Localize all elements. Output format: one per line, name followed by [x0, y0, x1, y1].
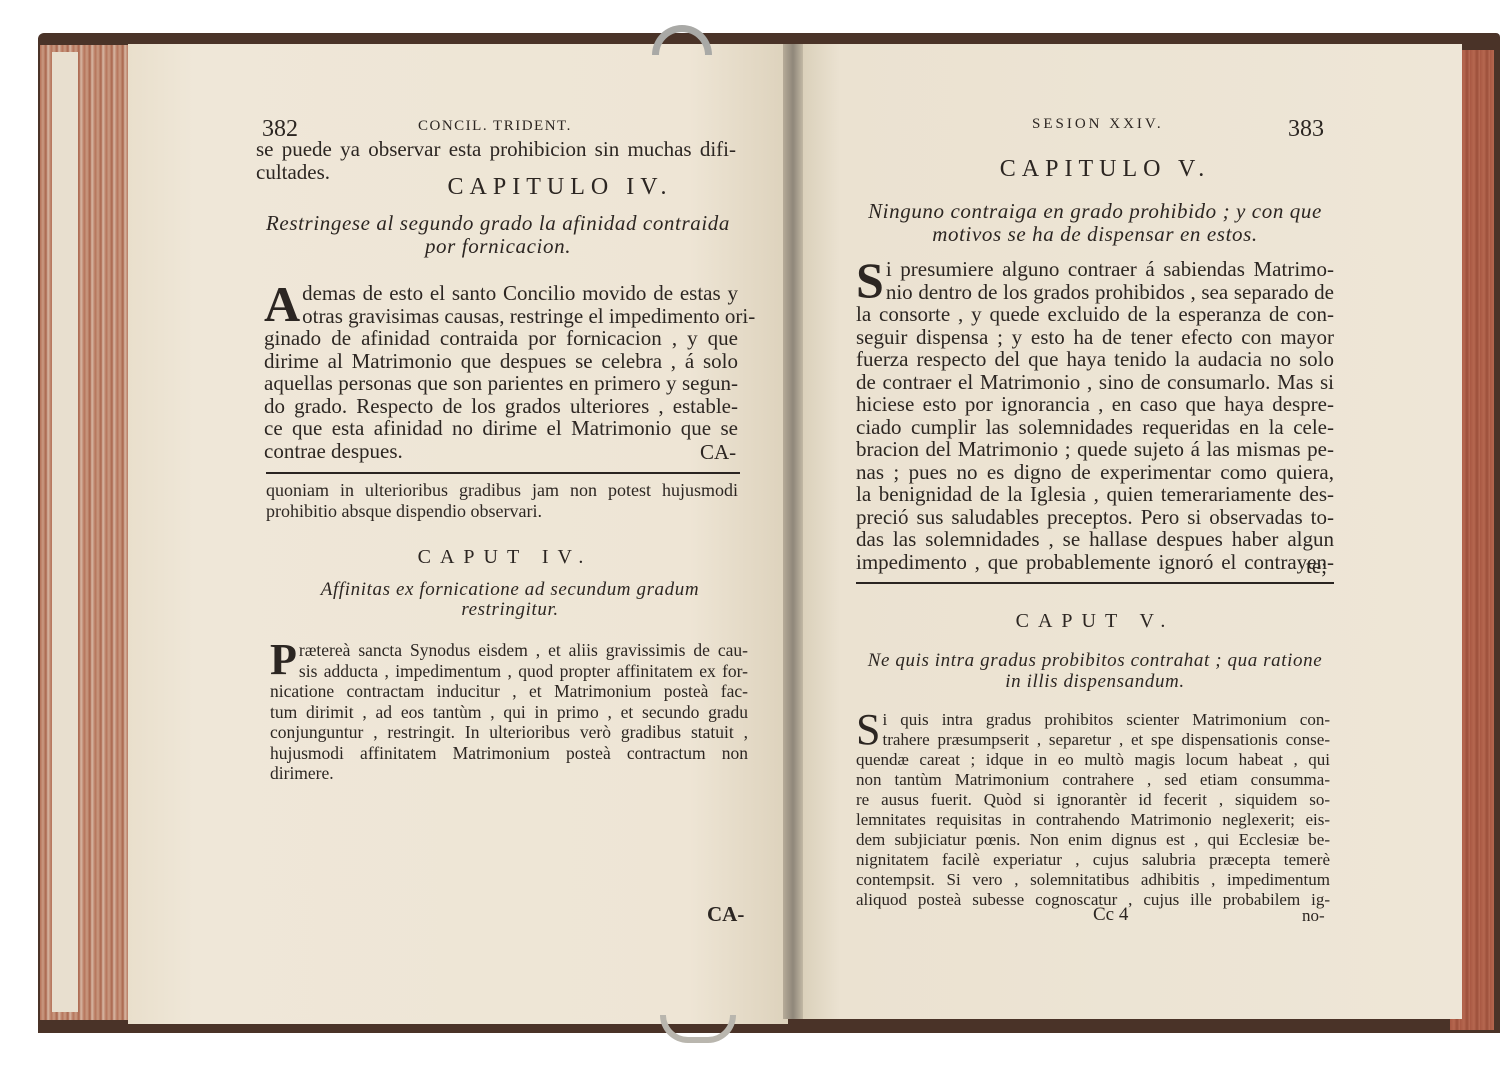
- drop-cap: S: [856, 712, 880, 748]
- text-line: i presumiere alguno contraer á sabiendas…: [856, 258, 1334, 281]
- text-line: quendæ careat ; idque in eo multò magis …: [856, 750, 1330, 770]
- text-line: hujusmodi affinitatem Matrimonium posteà…: [270, 743, 748, 764]
- subtitle-line: in illis dispensandum.: [856, 671, 1334, 692]
- text-line: rætereà sancta Synodus eisdem , et aliis…: [270, 640, 748, 661]
- bookmark-string-bottom: [660, 1015, 736, 1043]
- subtitle-line: motivos se ha de dispensar en estos.: [856, 223, 1334, 246]
- text-line: ginado de afinidad contraida por fornica…: [264, 327, 738, 350]
- text-line: conjunguntur , restringit. In ulteriorib…: [270, 722, 748, 743]
- chapter-subtitle-capitulo-v: Ninguno contraiga en grado prohibido ; y…: [856, 200, 1334, 246]
- text-line: contempsit. Si vero , solemnitatibus adh…: [856, 870, 1330, 890]
- page-number-right: 383: [1288, 116, 1324, 143]
- chapter-subtitle-caput-v: Ne quis intra gradus probibitos contraha…: [856, 650, 1334, 692]
- text-line: fuerza respecto del que haya tenido la a…: [856, 348, 1334, 371]
- catchword-left-latin: CA-: [707, 902, 744, 927]
- catchword-left-spanish: CA-: [700, 440, 736, 465]
- text-line: la benignidad de la Iglesia , quien teme…: [856, 483, 1334, 506]
- subtitle-line: Restringese al segundo grado la afinidad…: [258, 212, 738, 235]
- book-gutter: [783, 44, 803, 1019]
- text-line: trahere præsumpserit , separetur , et sp…: [856, 730, 1330, 750]
- latin-continuation-left: quoniam in ulterioribus gradibus jam non…: [266, 480, 738, 522]
- text-line: nas ; pues no es digno de experimentar c…: [856, 461, 1334, 484]
- running-head-left: CONCIL. TRIDENT.: [418, 118, 572, 135]
- latin-body-left: P rætereà sancta Synodus eisdem , et ali…: [270, 640, 748, 784]
- text-line: re ausus fuerit. Quòd si ignorantèr id f…: [856, 790, 1330, 810]
- text-line: la consorte , y quede excluido de la esp…: [856, 303, 1334, 326]
- text-line: lemnitates requisitas in contrahendo Mat…: [856, 810, 1330, 830]
- text-line: dem subjiciatur pœnis. Non enim dignus e…: [856, 830, 1330, 850]
- text-line: i quis intra gradus prohibitos scienter …: [856, 710, 1330, 730]
- bookmark-string-top: [652, 25, 712, 55]
- text-line: quoniam in ulterioribus gradibus jam non…: [266, 480, 738, 501]
- text-line: tum dirimit , ad eos tantùm , qui in pri…: [270, 702, 748, 723]
- signature-mark: Cc 4: [1093, 904, 1128, 926]
- text-line: dirimere.: [270, 763, 748, 784]
- chapter-title-capitulo-iv: CAPITULO IV.: [380, 174, 740, 201]
- text-line: demas de esto el santo Concilio movido d…: [264, 282, 738, 305]
- text-line: aquellas personas que son parientes en p…: [264, 372, 738, 395]
- text-line: preció sus saludables preceptos. Pero si…: [856, 506, 1334, 529]
- drop-cap: S: [856, 260, 884, 300]
- text-line: seguir dispensa ; y esto ha de tener efe…: [856, 326, 1334, 349]
- text-line: bracion del Matrimonio ; quede sujeto á …: [856, 438, 1334, 461]
- section-divider: [266, 472, 740, 474]
- chapter-title-caput-iv: CAPUT IV.: [380, 546, 630, 569]
- text-line: de contraer el Matrimonio , sino de cons…: [856, 371, 1334, 394]
- subtitle-line: restringitur.: [290, 600, 730, 620]
- latin-body-right: S i quis intra gradus prohibitos sciente…: [856, 710, 1330, 910]
- text-line: contrae despues.: [264, 440, 738, 463]
- chapter-subtitle-caput-iv: Affinitas ex fornicatione ad secundum gr…: [290, 580, 730, 620]
- text-line: se puede ya observar esta prohibicion si…: [256, 138, 736, 161]
- catchword-right-spanish: te;: [1306, 554, 1327, 579]
- running-head-right: SESION XXIV.: [1032, 116, 1164, 133]
- spanish-body-left: A demas de esto el santo Concilio movido…: [264, 282, 738, 462]
- left-page-stack: [52, 52, 78, 1012]
- text-line: nio dentro de los grados prohibidos , se…: [856, 281, 1334, 304]
- drop-cap: P: [270, 642, 297, 678]
- text-line: ce que esta afinidad no dirime el Matrim…: [264, 417, 738, 440]
- subtitle-line: Ne quis intra gradus probibitos contraha…: [856, 650, 1334, 671]
- subtitle-line: Affinitas ex fornicatione ad secundum gr…: [290, 580, 730, 600]
- subtitle-line: por fornicacion.: [258, 235, 738, 258]
- drop-cap: A: [264, 284, 300, 324]
- subtitle-line: Ninguno contraiga en grado prohibido ; y…: [856, 200, 1334, 223]
- text-line: nicatione contractam inducitur , et Matr…: [270, 681, 748, 702]
- text-line: ciado cumplir las solemnidades requerida…: [856, 416, 1334, 439]
- text-line: dirime al Matrimonio que despues se cele…: [264, 350, 738, 373]
- text-line: hiciese esto por ignorancia , en caso qu…: [856, 393, 1334, 416]
- text-line: nignitatem facilè experiatur , cujus sal…: [856, 850, 1330, 870]
- chapter-subtitle-capitulo-iv: Restringese al segundo grado la afinidad…: [258, 212, 738, 258]
- section-divider: [856, 582, 1334, 584]
- text-line: prohibitio absque dispendio observari.: [266, 501, 738, 522]
- spanish-body-right: S i presumiere alguno contraer á sabiend…: [856, 258, 1334, 573]
- text-line: non tantùm Matrimonium contrahere , sed …: [856, 770, 1330, 790]
- chapter-title-caput-v: CAPUT V.: [1010, 610, 1180, 633]
- text-line: do grado. Respecto de los grados ulterio…: [264, 395, 738, 418]
- text-line: sis adducta , impedimentum , quod propte…: [270, 661, 748, 682]
- text-line: otras gravisimas causas, restringe el im…: [264, 305, 738, 328]
- chapter-title-capitulo-v: CAPITULO V.: [990, 156, 1220, 183]
- catchword-right-latin: no-: [1302, 906, 1325, 926]
- text-line: das las solemnidades , se hallase despue…: [856, 528, 1334, 551]
- text-line: impedimento , que probablemente ignoró e…: [856, 551, 1334, 574]
